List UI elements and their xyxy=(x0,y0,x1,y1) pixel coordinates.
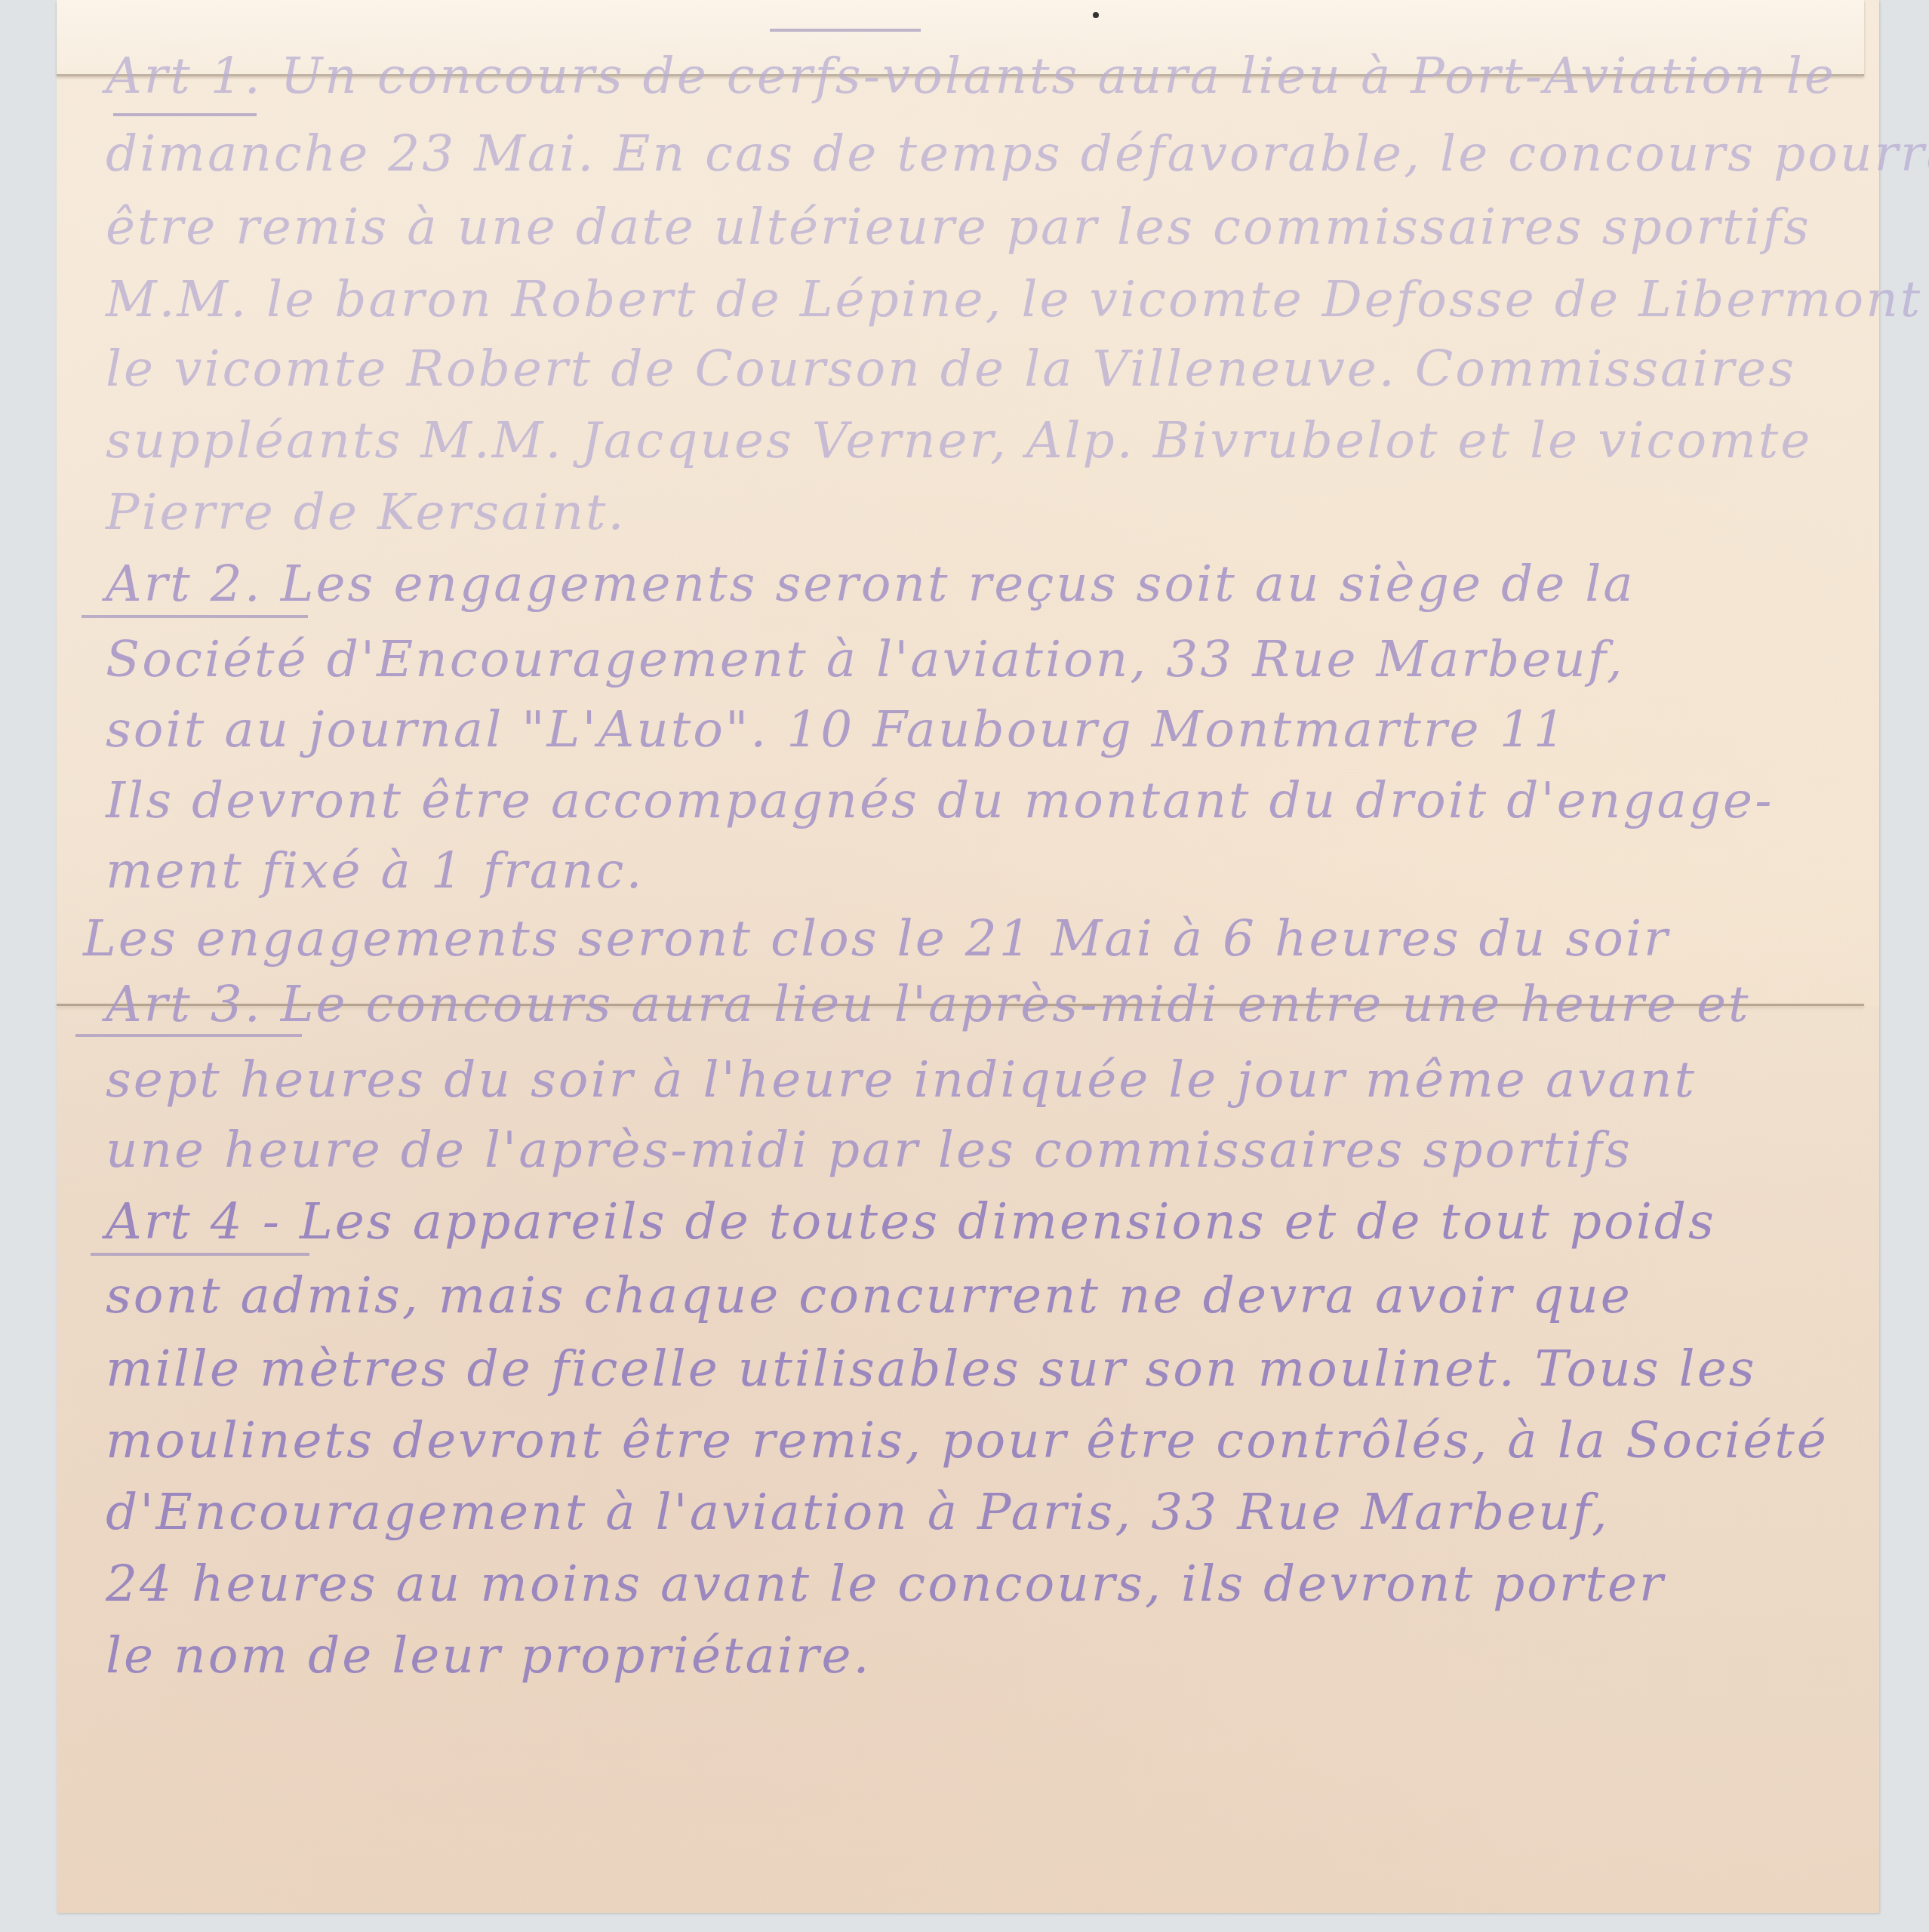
art4-line-6: 24 heures au moins avant le concours, il… xyxy=(106,1555,1666,1613)
art1-line-1: Art 1. Un concours de cerfs-volants aura… xyxy=(106,47,1836,105)
art1-line-2: dimanche 23 Mai. En cas de temps défavor… xyxy=(106,125,1929,183)
art4-line-1: Art 4 - Les appareils de toutes dimensio… xyxy=(106,1192,1716,1251)
art1-line-7: Pierre de Kersaint. xyxy=(106,483,626,541)
art1-line-6: suppléants M.M. Jacques Verner, Alp. Biv… xyxy=(106,411,1812,469)
art2-line-2: Société d'Encouragement à l'aviation, 33… xyxy=(106,630,1625,688)
art4-label-underline xyxy=(91,1253,309,1256)
art1-line-3: être remis à une date ultérieure par les… xyxy=(106,198,1811,256)
art2-line-1: Art 2. Les engagements seront reçus soit… xyxy=(106,555,1635,613)
art4-line-7: le nom de leur propriétaire. xyxy=(106,1626,872,1684)
art2-line-3: soit au journal "L'Auto". 10 Faubourg Mo… xyxy=(106,700,1568,758)
art2-line-6: Les engagements seront clos le 21 Mai à … xyxy=(83,909,1670,968)
art4-line-2: sont admis, mais chaque concurrent ne de… xyxy=(106,1266,1632,1324)
art4-line-5: d'Encouragement à l'aviation à Paris, 33… xyxy=(106,1483,1610,1541)
art3-line-2: sept heures du soir à l'heure indiquée l… xyxy=(106,1051,1697,1109)
art3-line-1: Art 3. Le concours aura lieu l'après-mid… xyxy=(106,975,1750,1033)
art1-line-5: le vicomte Robert de Courson de la Ville… xyxy=(106,340,1796,398)
art2-label-underline xyxy=(82,615,308,618)
art2-line-4: Ils devront être accompagnés du montant … xyxy=(106,771,1774,829)
art3-label-underline xyxy=(75,1034,302,1037)
ink-speck xyxy=(1093,12,1099,18)
art4-line-4: moulinets devront être remis, pour être … xyxy=(106,1411,1829,1469)
art1-label-underline xyxy=(113,113,257,116)
top-underline-mark xyxy=(770,29,921,32)
art3-line-3: une heure de l'après-midi par les commis… xyxy=(106,1121,1632,1179)
art4-line-3: mille mètres de ficelle utilisables sur … xyxy=(106,1340,1757,1398)
art2-line-5: ment fixé à 1 franc. xyxy=(106,841,645,900)
art1-line-4: M.M. le baron Robert de Lépine, le vicom… xyxy=(106,270,1929,328)
